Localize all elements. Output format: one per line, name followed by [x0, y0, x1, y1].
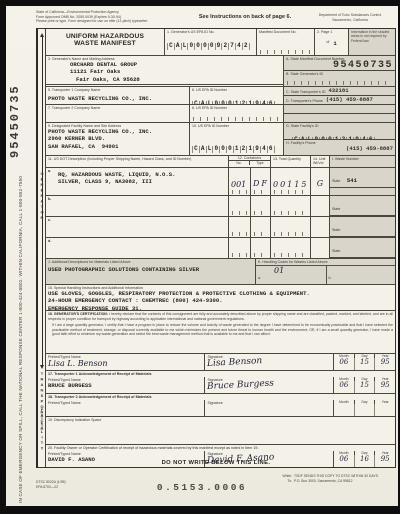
- form-left-rail: GENERATOR TRANSPORTER FACILITY: [38, 29, 46, 467]
- dept-line2: Sacramento, California: [304, 18, 396, 23]
- empty-entry-boxes: [232, 190, 247, 194]
- field-5-transporter1-name: 5. Transporter 1 Company Name PHOTO WAST…: [46, 87, 189, 104]
- field-J-additional-descriptions: J. Additional Descriptions for Materials…: [46, 259, 255, 284]
- empty-entry-boxes: [287, 81, 392, 85]
- field-6-transporter1-epa-id: 6. US EPA ID Number CAL000121946: [189, 87, 283, 104]
- transporter1-printed-name-cell: Printed/Typed Name BRUCE BURGESS: [46, 377, 204, 393]
- waste-a-state-number: State 541: [330, 168, 395, 187]
- handling-code-b: b.: [326, 265, 396, 284]
- field-17-label: 17. Transporter 1 Acknowledgement of Rec…: [46, 370, 395, 377]
- fields-C-D: C. State Transporter's ID 432181 D. Tran…: [283, 87, 395, 104]
- waste-a-total-quantity: 00115: [270, 168, 310, 195]
- waste-b-description: b.: [46, 196, 228, 216]
- waste-row-d: d. State EPA/Other: [46, 237, 395, 258]
- field-D-transporter-phone: D. Transporter's Phone (415) 459-8887: [284, 95, 395, 104]
- waste-b-containers-no: [228, 196, 250, 216]
- waste-a-desc-line2: SILVER, CLASS 9, NA3082, III: [58, 178, 226, 185]
- empty-entry-boxes: [254, 211, 267, 215]
- field-2-label: 2. Page 1: [317, 30, 346, 34]
- transporter1-signature-row: Printed/Typed Name BRUCE BURGESS Signatu…: [46, 377, 395, 393]
- field-G-state-facility-id: G. State Facility's ID CAL000121946: [284, 123, 395, 139]
- col-12-no-header: No.: [229, 161, 249, 165]
- generator-date-year: 95: [374, 358, 395, 370]
- field-15-line2: 24-HOUR EMERGENCY CONTACT : CHEMTREC (80…: [48, 297, 393, 304]
- empty-entry-boxes: [274, 190, 307, 194]
- waste-b-total-quantity: [270, 196, 310, 216]
- document-control-number: 0.5153.0006: [126, 474, 278, 493]
- state-manifest-number: 95450735: [286, 61, 393, 70]
- field-10-facility-epa-id: 10. US EPA ID Number CAL000121946: [189, 123, 283, 155]
- field-19-discrepancy-space: 19. Discrepancy Indication Space: [46, 416, 395, 444]
- field-1-label: 1. Generator's US EPA ID No.: [167, 30, 254, 34]
- transporter1-date-day: 15: [354, 381, 375, 393]
- form-codes: DTSC 8022A (1/95) EPA 8700—22: [36, 474, 126, 490]
- waste-row-b: b. State EPA/Other: [46, 195, 395, 216]
- field-2-page: 2. Page 1 of 1: [314, 29, 348, 55]
- handling-code-a-value: 01: [274, 266, 284, 275]
- fields-A-B: A. State Manifest Document Number 954507…: [283, 56, 395, 86]
- empty-entry-boxes: [274, 253, 307, 257]
- scanned-manifest-page: 95450735 IN CASE OF EMERGENCY OR SPILL, …: [0, 0, 400, 514]
- row-transporter-1: 5. Transporter 1 Company Name PHOTO WAST…: [46, 86, 395, 104]
- generator-signature-row: Printed/Typed Name Lisa L. Benson Signat…: [46, 353, 395, 370]
- row-letter: d.: [48, 239, 51, 243]
- waste-a-desc-line1: RQ, HAZARDOUS WASTE, LIQUID, N.O.S.: [58, 171, 226, 178]
- col-14-header: 14. Unit Wt/Vol: [310, 156, 329, 167]
- hazardous-waste-manifest-form: GENERATOR TRANSPORTER FACILITY UNIFORM H…: [36, 28, 396, 468]
- waste-c-waste-numbers: State EPA/Other: [329, 217, 395, 237]
- waste-d-total-quantity: [270, 238, 310, 258]
- empty-entry-boxes: [232, 211, 247, 215]
- generator-printed-name: Lisa L. Benson: [48, 359, 202, 368]
- facility-name: PHOTO WASTE RECYCLING CO., INC.: [48, 128, 187, 135]
- field-4-generator-phone: 4. Generator's Phone (916) 961 6810: [46, 84, 283, 86]
- field-A-state-manifest-number: A. State Manifest Document Number 954507…: [284, 56, 395, 70]
- field-K-handling-codes: K. Handling Codes for Wastes Listed Abov…: [255, 259, 395, 284]
- row-designated-facility: 9. Designated Facility Name and Site Add…: [46, 122, 395, 155]
- transporter1-printed-name: BRUCE BURGESS: [48, 382, 202, 389]
- generator-epa-id-boxes: CAL000092742: [167, 43, 250, 50]
- generator-phone-value: (916) 961 6810: [85, 85, 132, 86]
- field-8-transporter2-epa-id: 8. US EPA ID Number: [189, 105, 283, 122]
- copy-to-label: To:: [278, 479, 292, 484]
- transporter2-date-cell: Month Day Year: [333, 400, 395, 416]
- col-12-header: 12. Containers No. Type: [228, 156, 270, 167]
- transporter1-name: PHOTO WASTE RECYCLING CO., INC.: [48, 95, 187, 102]
- transporter1-phone: (415) 459-8887: [326, 96, 373, 103]
- field-15-special-handling: 15. Special Handling Instructions and Ad…: [46, 284, 395, 310]
- waste-c-total-quantity: [270, 217, 310, 237]
- waste-a-containers-no: 001: [228, 168, 250, 195]
- transporter1-signature-cell: Signature Bruce Burgess: [204, 377, 333, 393]
- col-13-header: 13. Total Quantity: [270, 156, 310, 167]
- field-3-generator-address: 3. Generator's Name and Mailing Address …: [46, 56, 283, 86]
- agency-line3: Please print or type. Form designed for …: [36, 19, 186, 24]
- generator-printed-name-cell: Printed/Typed Name Lisa L. Benson: [46, 354, 204, 370]
- field-8-label: 8. US EPA ID Number: [192, 106, 281, 110]
- transporter2-printed-name-cell: Printed/Typed Name: [46, 400, 204, 416]
- do-not-write-line: DO NOT WRITE BELOW THIS LINE.: [36, 460, 396, 466]
- page-of-value: 1: [333, 40, 336, 47]
- row-J-K: J. Additional Descriptions for Materials…: [46, 258, 395, 284]
- rail-label-generator: GENERATOR: [40, 171, 44, 221]
- rail-label-facility: FACILITY: [40, 407, 44, 451]
- instructions-note: See Instructions on back of page 6.: [186, 10, 304, 24]
- col-11-header: 11. US DOT Description (Including Proper…: [46, 156, 228, 167]
- generator-name: ORCHARD DENTAL GROUP: [48, 61, 281, 68]
- waste-d-containers-type: [250, 238, 270, 258]
- shaded-area-note: Information in the shaded areas is not r…: [348, 29, 395, 55]
- waste-table-header: 11. US DOT Description (Including Proper…: [46, 155, 395, 167]
- form-title-line1: UNIFORM HAZARDOUS: [48, 33, 162, 40]
- field-19-label: 19. Discrepancy Indication Space: [48, 418, 393, 422]
- field-16-para2: If I am a large quantity generator, I ce…: [48, 323, 393, 337]
- field-J-label: J. Additional Descriptions for Materials…: [48, 260, 253, 264]
- field-1-generator-epa-id: 1. Generator's US EPA ID No. CAL00009274…: [164, 29, 256, 55]
- transporter2-signature-cell: Signature: [204, 400, 333, 416]
- transporter1-epa-id-boxes: CAL000121946: [192, 101, 275, 104]
- field-10-label: 10. US EPA ID Number: [192, 124, 281, 128]
- waste-a-unit: G: [310, 168, 329, 195]
- waste-c-unit: [310, 217, 329, 237]
- field-20-label: 20. Facility Owner or Operator Certifica…: [46, 444, 395, 451]
- field-H-facility-phone: H. Facility's Phone (415) 459-8887: [284, 139, 395, 155]
- waste-d-description: d.: [46, 238, 228, 258]
- field-15-line1: USE GLOVES, GOGGLES, RESPIRATORY PROTECT…: [48, 290, 393, 297]
- form-title: UNIFORM HAZARDOUS WASTE MANIFEST: [46, 29, 164, 55]
- col-12-type-header: Type: [249, 161, 270, 165]
- field-manifest-doc-no: Manifest Document No.: [256, 29, 314, 55]
- paper: 95450735 IN CASE OF EMERGENCY OR SPILL, …: [6, 6, 398, 506]
- manifest-doc-label: Manifest Document No.: [259, 30, 312, 34]
- page-footer: DTSC 8022A (1/95) EPA 8700—22 0.5153.000…: [36, 474, 396, 493]
- generator-date-day: 15: [354, 358, 375, 370]
- rail-arrow-down-icon: [40, 365, 44, 369]
- row-transporter-2: 7. Transporter 2 Company Name 8. US EPA …: [46, 104, 395, 122]
- transporter1-date-year: 95: [374, 381, 395, 393]
- vertical-emergency-text: IN CASE OF EMERGENCY OR SPILL, CALL THE …: [18, 176, 23, 503]
- col-I-header: I. Waste Number: [329, 156, 395, 167]
- generator-date-cell: Month Day Year 06 15 95: [333, 354, 395, 370]
- waste-c-description: c.: [46, 217, 228, 237]
- field-B-label: B. State Generator's ID: [286, 72, 393, 76]
- waste-b-waste-numbers: State EPA/Other: [329, 196, 395, 216]
- empty-entry-boxes: [232, 253, 247, 257]
- form-title-line2: WASTE MANIFEST: [48, 40, 162, 47]
- facility-addr2: SAN RAFAEL, CA 94901: [48, 143, 187, 150]
- row-title-epa: UNIFORM HAZARDOUS WASTE MANIFEST 1. Gene…: [46, 29, 395, 55]
- waste-c-containers-no: [228, 217, 250, 237]
- field-16-label: 16. GENERATOR'S CERTIFICATION:: [48, 312, 108, 316]
- facility-phone: (415) 459-8887: [286, 145, 393, 152]
- waste-a-epa-number: EPA/Other D011: [330, 187, 395, 195]
- field-C-label: C. State Transporter's ID: [286, 90, 325, 94]
- state-transporter-id: 432181: [328, 87, 348, 94]
- empty-entry-boxes: [232, 232, 247, 236]
- fields-G-H: G. State Facility's ID CAL000121946 H. F…: [283, 123, 395, 155]
- facility-epa-id-boxes: CAL000121946: [192, 146, 281, 153]
- field-9-facility-address: 9. Designated Facility Name and Site Add…: [46, 123, 189, 155]
- field-5-label: 5. Transporter 1 Company Name: [48, 88, 187, 92]
- row-letter: a.: [48, 169, 51, 173]
- waste-c-containers-type: [250, 217, 270, 237]
- empty-entry-boxes: [274, 232, 307, 236]
- page-of-label: of: [326, 40, 329, 47]
- vertical-manifest-number: 95450735: [8, 84, 22, 158]
- form-code-epa: EPA 8700—22: [36, 485, 126, 490]
- empty-entry-boxes: [254, 190, 267, 194]
- waste-row-c: c. State EPA/Other: [46, 216, 395, 237]
- row-letter: c.: [48, 218, 51, 222]
- copy-distribution-note: White: To: TSDF SENDS THIS COPY TO DTSC …: [278, 474, 396, 484]
- field-C-state-transporter-id: C. State Transporter's ID 432181: [284, 87, 395, 95]
- waste-d-unit: [310, 238, 329, 258]
- empty-entry-boxes: [274, 211, 307, 215]
- field-B-state-generator-id: B. State Generator's ID: [284, 70, 395, 86]
- empty-entry-boxes: [254, 253, 267, 257]
- row-generator-address: 3. Generator's Name and Mailing Address …: [46, 55, 395, 86]
- handling-code-a: a. 01: [256, 265, 326, 284]
- field-6-label: 6. US EPA ID Number: [192, 88, 281, 92]
- field-7-label: 7. Transporter 2 Company Name: [48, 106, 187, 110]
- waste-b-containers-type: [250, 196, 270, 216]
- copy-note-line2: P.O. Box 3000, Sacramento, CA 95812: [294, 479, 396, 484]
- facility-addr1: 2960 KERNER BLVD.: [48, 135, 187, 142]
- waste-d-containers-no: [228, 238, 250, 258]
- empty-entry-boxes: [260, 50, 311, 54]
- generator-addr2: Fair Oaks, CA 95628: [48, 76, 281, 83]
- agency-header: State of California—Environmental Protec…: [36, 10, 186, 24]
- field-E-state-transporter-id: E. State Transporter's ID: [284, 105, 395, 113]
- waste-row-a: a. RQ, HAZARDOUS WASTE, LIQUID, N.O.S. S…: [46, 167, 395, 195]
- fields-E-F: E. State Transporter's ID F. Transporter…: [283, 105, 395, 122]
- generator-date-month: 06: [334, 358, 354, 370]
- waste-a-description: a. RQ, HAZARDOUS WASTE, LIQUID, N.O.S. S…: [46, 168, 228, 195]
- waste-d-waste-numbers: State EPA/Other: [329, 238, 395, 258]
- waste-b-unit: [310, 196, 329, 216]
- department-header: Department of Toxic Substances Control S…: [304, 10, 396, 24]
- field-F-transporter-phone: F. Transporter's Phone: [284, 113, 395, 122]
- transporter2-signature-row: Printed/Typed Name Signature Month Day Y…: [46, 400, 395, 416]
- empty-entry-boxes: [193, 117, 280, 121]
- field-G-label: G. State Facility's ID: [286, 124, 393, 128]
- generator-signature-cell: Signature Lisa Benson: [204, 354, 333, 370]
- field-16-generator-certification: 16. GENERATOR'S CERTIFICATION: I hereby …: [46, 310, 395, 353]
- field-7-transporter2-name: 7. Transporter 2 Company Name: [46, 105, 189, 122]
- empty-entry-boxes: [254, 232, 267, 236]
- waste-a-waste-numbers: State 541 EPA/Other D011: [329, 168, 395, 195]
- page-header: State of California—Environmental Protec…: [36, 10, 396, 24]
- transporter1-date-cell: Month Day Year 06 15 95: [333, 377, 395, 393]
- field-J-value: USED PHOTOGRAPHIC SOLUTIONS CONTAINING S…: [48, 266, 253, 273]
- field-D-label: D. Transporter's Phone: [286, 99, 323, 103]
- transporter1-date-month: 06: [334, 381, 354, 393]
- field-18-label: 18. Transporter 2 Acknowledgement of Rec…: [46, 393, 395, 400]
- waste-a-containers-type: DF: [250, 168, 270, 195]
- row-letter: b.: [48, 197, 51, 201]
- generator-addr1: 11121 Fair Oaks: [48, 68, 281, 75]
